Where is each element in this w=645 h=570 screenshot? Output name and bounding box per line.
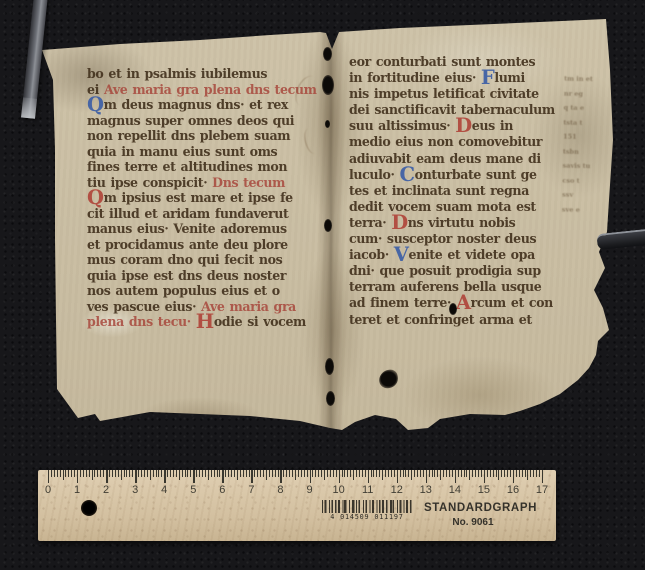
ruler-tick [161, 470, 162, 477]
sewing-hole [322, 75, 334, 95]
ruler-cm-number: 3 [132, 484, 138, 496]
manuscript-line: magnus super omnes deos qui [87, 113, 309, 129]
ruler-tick [196, 470, 197, 477]
ruler-tick [118, 470, 119, 477]
ruler-tick [205, 470, 206, 477]
ruler-tick [440, 470, 441, 480]
weight-strip-tip [21, 97, 37, 118]
ruler-tick [446, 470, 447, 477]
manuscript-line: manus eius· Venite adoremus [87, 221, 309, 237]
manuscript-line: eor conturbati sunt montes [349, 54, 573, 70]
ruler-tick [266, 470, 267, 480]
ruler-tick [74, 470, 75, 477]
ruler-tick [496, 470, 497, 477]
marginalia: tm in etnr egq ta etsta t151tsbnsavis tu… [562, 72, 611, 218]
ruler-cm-number: 2 [103, 484, 109, 496]
ruler-tick [414, 470, 415, 477]
left-page-text: bo et in psalmis iubilemusei Ave maria g… [87, 66, 309, 330]
ruler-cm-number: 0 [45, 484, 51, 496]
ruler-tick [144, 470, 145, 477]
ruler-tick [498, 470, 499, 480]
ruler-tick [121, 470, 122, 480]
ruler-tick [405, 470, 406, 477]
manuscript-line: ad finem terre· Arcum et con [349, 295, 573, 311]
ruler-tick [310, 470, 311, 483]
ruler-tick [179, 470, 180, 480]
ruler-cm-number: 9 [306, 484, 312, 496]
ruler-tick [132, 470, 133, 477]
ruler-tick [156, 470, 157, 477]
ruler-tick [260, 470, 261, 477]
manuscript-line: in fortitudine eius· Flumi [349, 70, 573, 86]
ruler-tick [286, 470, 287, 477]
ruler-tick [542, 470, 543, 483]
ruler-tick [394, 470, 395, 477]
manuscript-line: mus coram dno qui fecit nos [87, 252, 309, 268]
ruler-tick [124, 470, 125, 477]
ruler-tick [461, 470, 462, 477]
marginalia-line: cso t [562, 173, 608, 188]
ruler-tick [170, 470, 171, 477]
sewing-hole [325, 120, 330, 128]
ruler-tick [60, 470, 61, 477]
ruler-tick [417, 470, 418, 477]
ruler-tick [103, 470, 104, 477]
ruler-tick [214, 470, 215, 477]
ruler-tick [379, 470, 380, 477]
ruler-tick [193, 470, 194, 483]
worm-hole [378, 368, 400, 389]
marginalia-line: tm in et [564, 72, 610, 87]
ruler-tick [280, 470, 281, 483]
ruler-cm-number: 13 [420, 484, 432, 496]
marginalia-line: ssv [562, 188, 608, 203]
ruler-tick [263, 470, 264, 477]
ruler-tick [126, 470, 127, 477]
ruler-tick [437, 470, 438, 477]
ruler-tick [234, 470, 235, 477]
ruler-tick [312, 470, 313, 477]
ruler-tick [65, 470, 66, 477]
ruler-tick [100, 470, 101, 477]
ruler-tick [301, 470, 302, 477]
ruler-tick [530, 470, 531, 477]
ruler-tick [356, 470, 357, 477]
manuscript-line: cum· susceptor noster deus [349, 231, 573, 247]
ruler-tick [109, 470, 110, 477]
ruler-model-number: No. 9061 [424, 517, 522, 528]
manuscript-line: non repellit dns plebem suam [87, 128, 309, 144]
manuscript-line: tes et inclinata sunt regna [349, 183, 573, 199]
sewing-hole [326, 391, 335, 406]
marginalia-line: nr eg [564, 86, 610, 101]
ruler-tick [350, 470, 351, 477]
photo-canvas: bo et in psalmis iubilemusei Ave maria g… [0, 0, 645, 570]
ruler-tick [484, 470, 485, 483]
ruler-tick [272, 470, 273, 477]
manuscript-line: et procidamus ante deu plore [87, 237, 309, 253]
ruler-tick [51, 470, 52, 477]
ruler-tick [339, 470, 340, 483]
ruler-tick [501, 470, 502, 477]
manuscript-line: bo et in psalmis iubilemus [87, 66, 309, 82]
ruler-tick [68, 470, 69, 477]
ruler-tick [533, 470, 534, 477]
ruler-tick [434, 470, 435, 477]
ruler-tick [251, 470, 252, 483]
manuscript-line: quia ipse est dns deus noster [87, 268, 309, 284]
ruler-tick [141, 470, 142, 477]
ruler-tick [185, 470, 186, 477]
manuscript-line: terra· Dns virtutu nobis [349, 215, 573, 231]
ruler-tick [519, 470, 520, 477]
ruler-tick [199, 470, 200, 477]
ruler-tick [333, 470, 334, 477]
ruler-tick [516, 470, 517, 477]
ruler-tick [400, 470, 401, 477]
ruler-tick [403, 470, 404, 477]
ruler-tick [202, 470, 203, 477]
ruler-tick [228, 470, 229, 477]
ruler-tick [173, 470, 174, 477]
manuscript-line: ei Ave maria gra plena dns tecum [87, 82, 309, 98]
barcode [322, 500, 412, 513]
ruler-tick [304, 470, 305, 477]
ruler-cm-number: 4 [161, 484, 167, 496]
ruler-tick [57, 470, 58, 477]
ruler-tick [243, 470, 244, 477]
ruler-tick [112, 470, 113, 477]
ruler-cm-number: 5 [190, 484, 196, 496]
ruler-cm-number: 11 [362, 484, 373, 496]
ruler-tick [385, 470, 386, 477]
ruler-tick [211, 470, 212, 477]
ruler-hanging-hole [81, 500, 97, 516]
ruler-cm-number: 14 [449, 484, 461, 496]
manuscript-line: tiu ipse conspicit· Dns tecum [87, 175, 309, 191]
ruler-cm-number: 10 [332, 484, 344, 496]
sewing-hole [324, 219, 332, 232]
ruler-tick [292, 470, 293, 477]
ruler-tick [458, 470, 459, 477]
marginalia-line: savis tu [562, 159, 608, 174]
ruler-tick [365, 470, 366, 477]
ruler-tick [289, 470, 290, 477]
ruler-tick [481, 470, 482, 477]
ruler-tick [257, 470, 258, 477]
ruler-cm-number: 12 [391, 484, 403, 496]
ruler: 01234567891011121314151617 4 014509 0111… [38, 470, 556, 541]
ruler-tick [469, 470, 470, 480]
ruler-tick [254, 470, 255, 477]
ruler-tick [493, 470, 494, 477]
ruler-tick [466, 470, 467, 477]
ruler-tick [376, 470, 377, 477]
ruler-tick [83, 470, 84, 477]
ruler-tick [231, 470, 232, 477]
manuscript-line: nis impetus letificat civitate [349, 86, 573, 102]
ruler-tick [298, 470, 299, 477]
ruler-tick [330, 470, 331, 477]
ruler-tick [129, 470, 130, 477]
ruler-tick [353, 470, 354, 480]
ruler-tick [429, 470, 430, 477]
ink-blot [449, 303, 457, 315]
ruler-tick [432, 470, 433, 477]
manuscript-line: fines terre et altitudines mon [87, 159, 309, 175]
ruler-tick [368, 470, 369, 483]
ruler-tick [89, 470, 90, 477]
ruler-tick [373, 470, 374, 477]
ruler-tick [94, 470, 95, 477]
ruler-tick [182, 470, 183, 477]
ruler-tick [187, 470, 188, 477]
marginalia-line: tsta t [563, 115, 609, 130]
ruler-tick [487, 470, 488, 477]
ruler-tick [321, 470, 322, 477]
ruler-tick [77, 470, 78, 483]
ruler-tick [420, 470, 421, 477]
ruler-tick [135, 470, 136, 483]
ruler-cm-number: 17 [536, 484, 548, 496]
ruler-tick [176, 470, 177, 477]
ruler-tick [362, 470, 363, 477]
ruler-tick [71, 470, 72, 477]
ruler-tick [164, 470, 165, 483]
ruler-tick [167, 470, 168, 477]
ruler-cm-number: 6 [219, 484, 225, 496]
ruler-tick [478, 470, 479, 477]
ruler-tick [219, 470, 220, 477]
ruler-tick [158, 470, 159, 477]
marginalia-line: tsbn [563, 144, 609, 159]
ruler-tick [275, 470, 276, 477]
ruler-tick [423, 470, 424, 477]
ruler-tick [452, 470, 453, 477]
marginalia-line: 151 [563, 130, 609, 145]
ruler-brand-label: STANDARDGRAPH [424, 502, 522, 514]
ruler-tick [359, 470, 360, 477]
ruler-tick [97, 470, 98, 477]
ruler-tick [147, 470, 148, 477]
ruler-tick [391, 470, 392, 477]
ruler-tick [237, 470, 238, 480]
ruler-tick [54, 470, 55, 477]
ruler-tick [411, 470, 412, 480]
ruler-tick [336, 470, 337, 477]
ruler-cm-number: 8 [277, 484, 283, 496]
manuscript-line: plena dns tecu· Hodie si vocem [87, 314, 309, 330]
manuscript-line: iacob· Venite et videte opa [349, 247, 573, 263]
ruler-tick [222, 470, 223, 483]
ruler-tick [190, 470, 191, 477]
ruler-tick [507, 470, 508, 477]
ruler-tick [269, 470, 270, 477]
barcode-digits: 4 014509 011197 [318, 513, 416, 521]
sewing-hole [325, 358, 334, 375]
ruler-tick [92, 470, 93, 480]
ruler-tick [307, 470, 308, 477]
ruler-tick [138, 470, 139, 477]
ruler-tick [342, 470, 343, 477]
ruler-tick [217, 470, 218, 477]
ruler-tick [86, 470, 87, 477]
ruler-tick [513, 470, 514, 483]
ruler-tick [490, 470, 491, 477]
ruler-tick [464, 470, 465, 477]
ruler-tick [318, 470, 319, 477]
ruler-tick [382, 470, 383, 480]
ruler-tick [225, 470, 226, 477]
manuscript-line: dedit vocem suam mota est [349, 199, 573, 215]
ruler-tick [536, 470, 537, 477]
ruler-tick [240, 470, 241, 477]
manuscript-line: adiuvabit eam deus mane di [349, 151, 573, 167]
ruler-tick [295, 470, 296, 480]
ruler-tick [504, 470, 505, 477]
ruler-tick [510, 470, 511, 477]
ruler-tick [344, 470, 345, 477]
ruler-tick [525, 470, 526, 477]
ruler-tick [283, 470, 284, 477]
ruler-tick [324, 470, 325, 480]
manuscript-line: nos autem populus eius et o [87, 283, 309, 299]
manuscript-line: suu altissimus· Deus in [349, 118, 573, 134]
marginalia-line: q ta e [564, 101, 610, 116]
ruler-tick [408, 470, 409, 477]
ruler-tick [246, 470, 247, 477]
ruler-tick [63, 470, 64, 480]
ruler-tick [347, 470, 348, 477]
ruler-tick [455, 470, 456, 483]
ruler-tick [249, 470, 250, 477]
ruler-tick [315, 470, 316, 477]
ruler-cm-number: 15 [478, 484, 490, 496]
ruler-cm-number: 16 [507, 484, 519, 496]
ruler-tick [115, 470, 116, 477]
ruler-tick [80, 470, 81, 477]
ruler-tick [472, 470, 473, 477]
ruler-tick [426, 470, 427, 483]
manuscript-line: Qm deus magnus dns· et rex [87, 97, 309, 113]
manuscript-line: quia in manu eius sunt oms [87, 144, 309, 160]
ruler-tick [475, 470, 476, 477]
ruler-tick [153, 470, 154, 477]
ruler-cm-number: 7 [248, 484, 254, 496]
ruler-cm-number: 1 [74, 484, 80, 496]
manuscript-line: luculo· Conturbate sunt ge [349, 167, 573, 183]
ruler-tick [150, 470, 151, 480]
ruler-tick [327, 470, 328, 477]
ruler-tick [397, 470, 398, 483]
ruler-tick [106, 470, 107, 483]
ruler-tick [48, 470, 49, 483]
ruler-tick [522, 470, 523, 477]
ruler-tick [539, 470, 540, 477]
sewing-hole [323, 47, 332, 61]
ruler-tick [371, 470, 372, 477]
manuscript-line: dni· que posuit prodigia sup [349, 263, 573, 279]
ruler-tick [278, 470, 279, 477]
ruler-tick [527, 470, 528, 480]
ruler-tick [449, 470, 450, 477]
ruler-tick [208, 470, 209, 480]
manuscript-line: Qm ipsius est mare et ipse fe [87, 190, 309, 206]
ruler-tick [443, 470, 444, 477]
ruler-tick [388, 470, 389, 477]
right-page-text: eor conturbati sunt montesin fortitudine… [349, 54, 573, 328]
marginalia-line: sve e [562, 202, 608, 217]
manuscript-line: cit illud et aridam fundaverut [87, 206, 309, 222]
